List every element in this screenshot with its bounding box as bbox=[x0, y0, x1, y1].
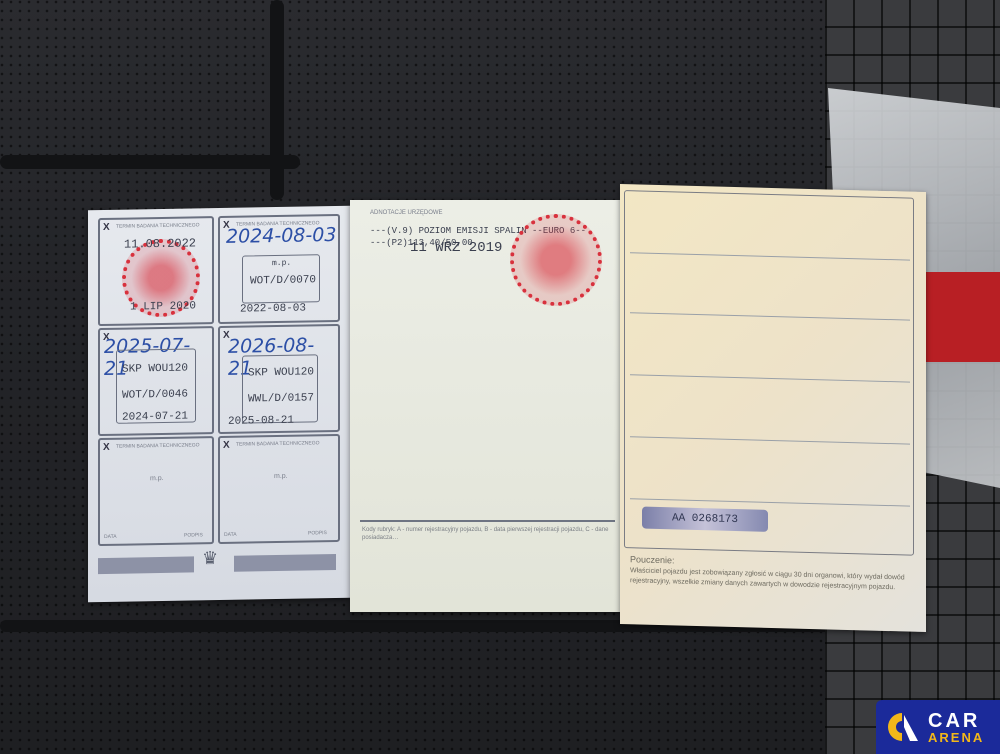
stamp-box-6-empty: X TERMIN BADANIA TECHNICZNEGO m.p. DATA … bbox=[218, 434, 340, 544]
inspection-stamps-page: X TERMIN BADANIA TECHNICZNEGO 11.08.2022… bbox=[88, 206, 350, 603]
stamp-box-3: X 2025-07-21 SKP WOU120 WOT/D/0046 2024-… bbox=[98, 326, 214, 436]
hologram-serial-number: AA 0268173 bbox=[642, 507, 768, 532]
official-annotations-page: ADNOTACJE URZĘDOWE ---(V.9) POZIOM EMISJ… bbox=[350, 200, 620, 612]
car-arena-watermark: CAR ARENA bbox=[876, 700, 1000, 754]
car-arena-logo-icon bbox=[884, 709, 920, 745]
seat-seam bbox=[0, 155, 300, 169]
stamp-box-4: X 2026-08-21 SKP WOU120 WWL/D/0157 2025-… bbox=[218, 324, 340, 434]
security-band bbox=[234, 554, 336, 572]
serial-notice-page: AA 0268173 Pouczenie: Właściciel pojazdu… bbox=[620, 184, 926, 632]
polish-eagle-emblem: ♛ bbox=[202, 548, 218, 569]
stamp-box-2: X TERMIN BADANIA TECHNICZNEGO 2024-08-03… bbox=[218, 214, 340, 324]
stamp-box-1: X TERMIN BADANIA TECHNICZNEGO 11.08.2022… bbox=[98, 216, 214, 326]
seat-seam bbox=[270, 0, 284, 200]
red-card bbox=[925, 272, 1000, 362]
stamp-box-5-empty: X TERMIN BADANIA TECHNICZNEGO m.p. DATA … bbox=[98, 436, 214, 546]
official-red-seal bbox=[510, 214, 602, 306]
security-band bbox=[98, 556, 194, 574]
registration-document: X TERMIN BADANIA TECHNICZNEGO 11.08.2022… bbox=[88, 188, 926, 628]
